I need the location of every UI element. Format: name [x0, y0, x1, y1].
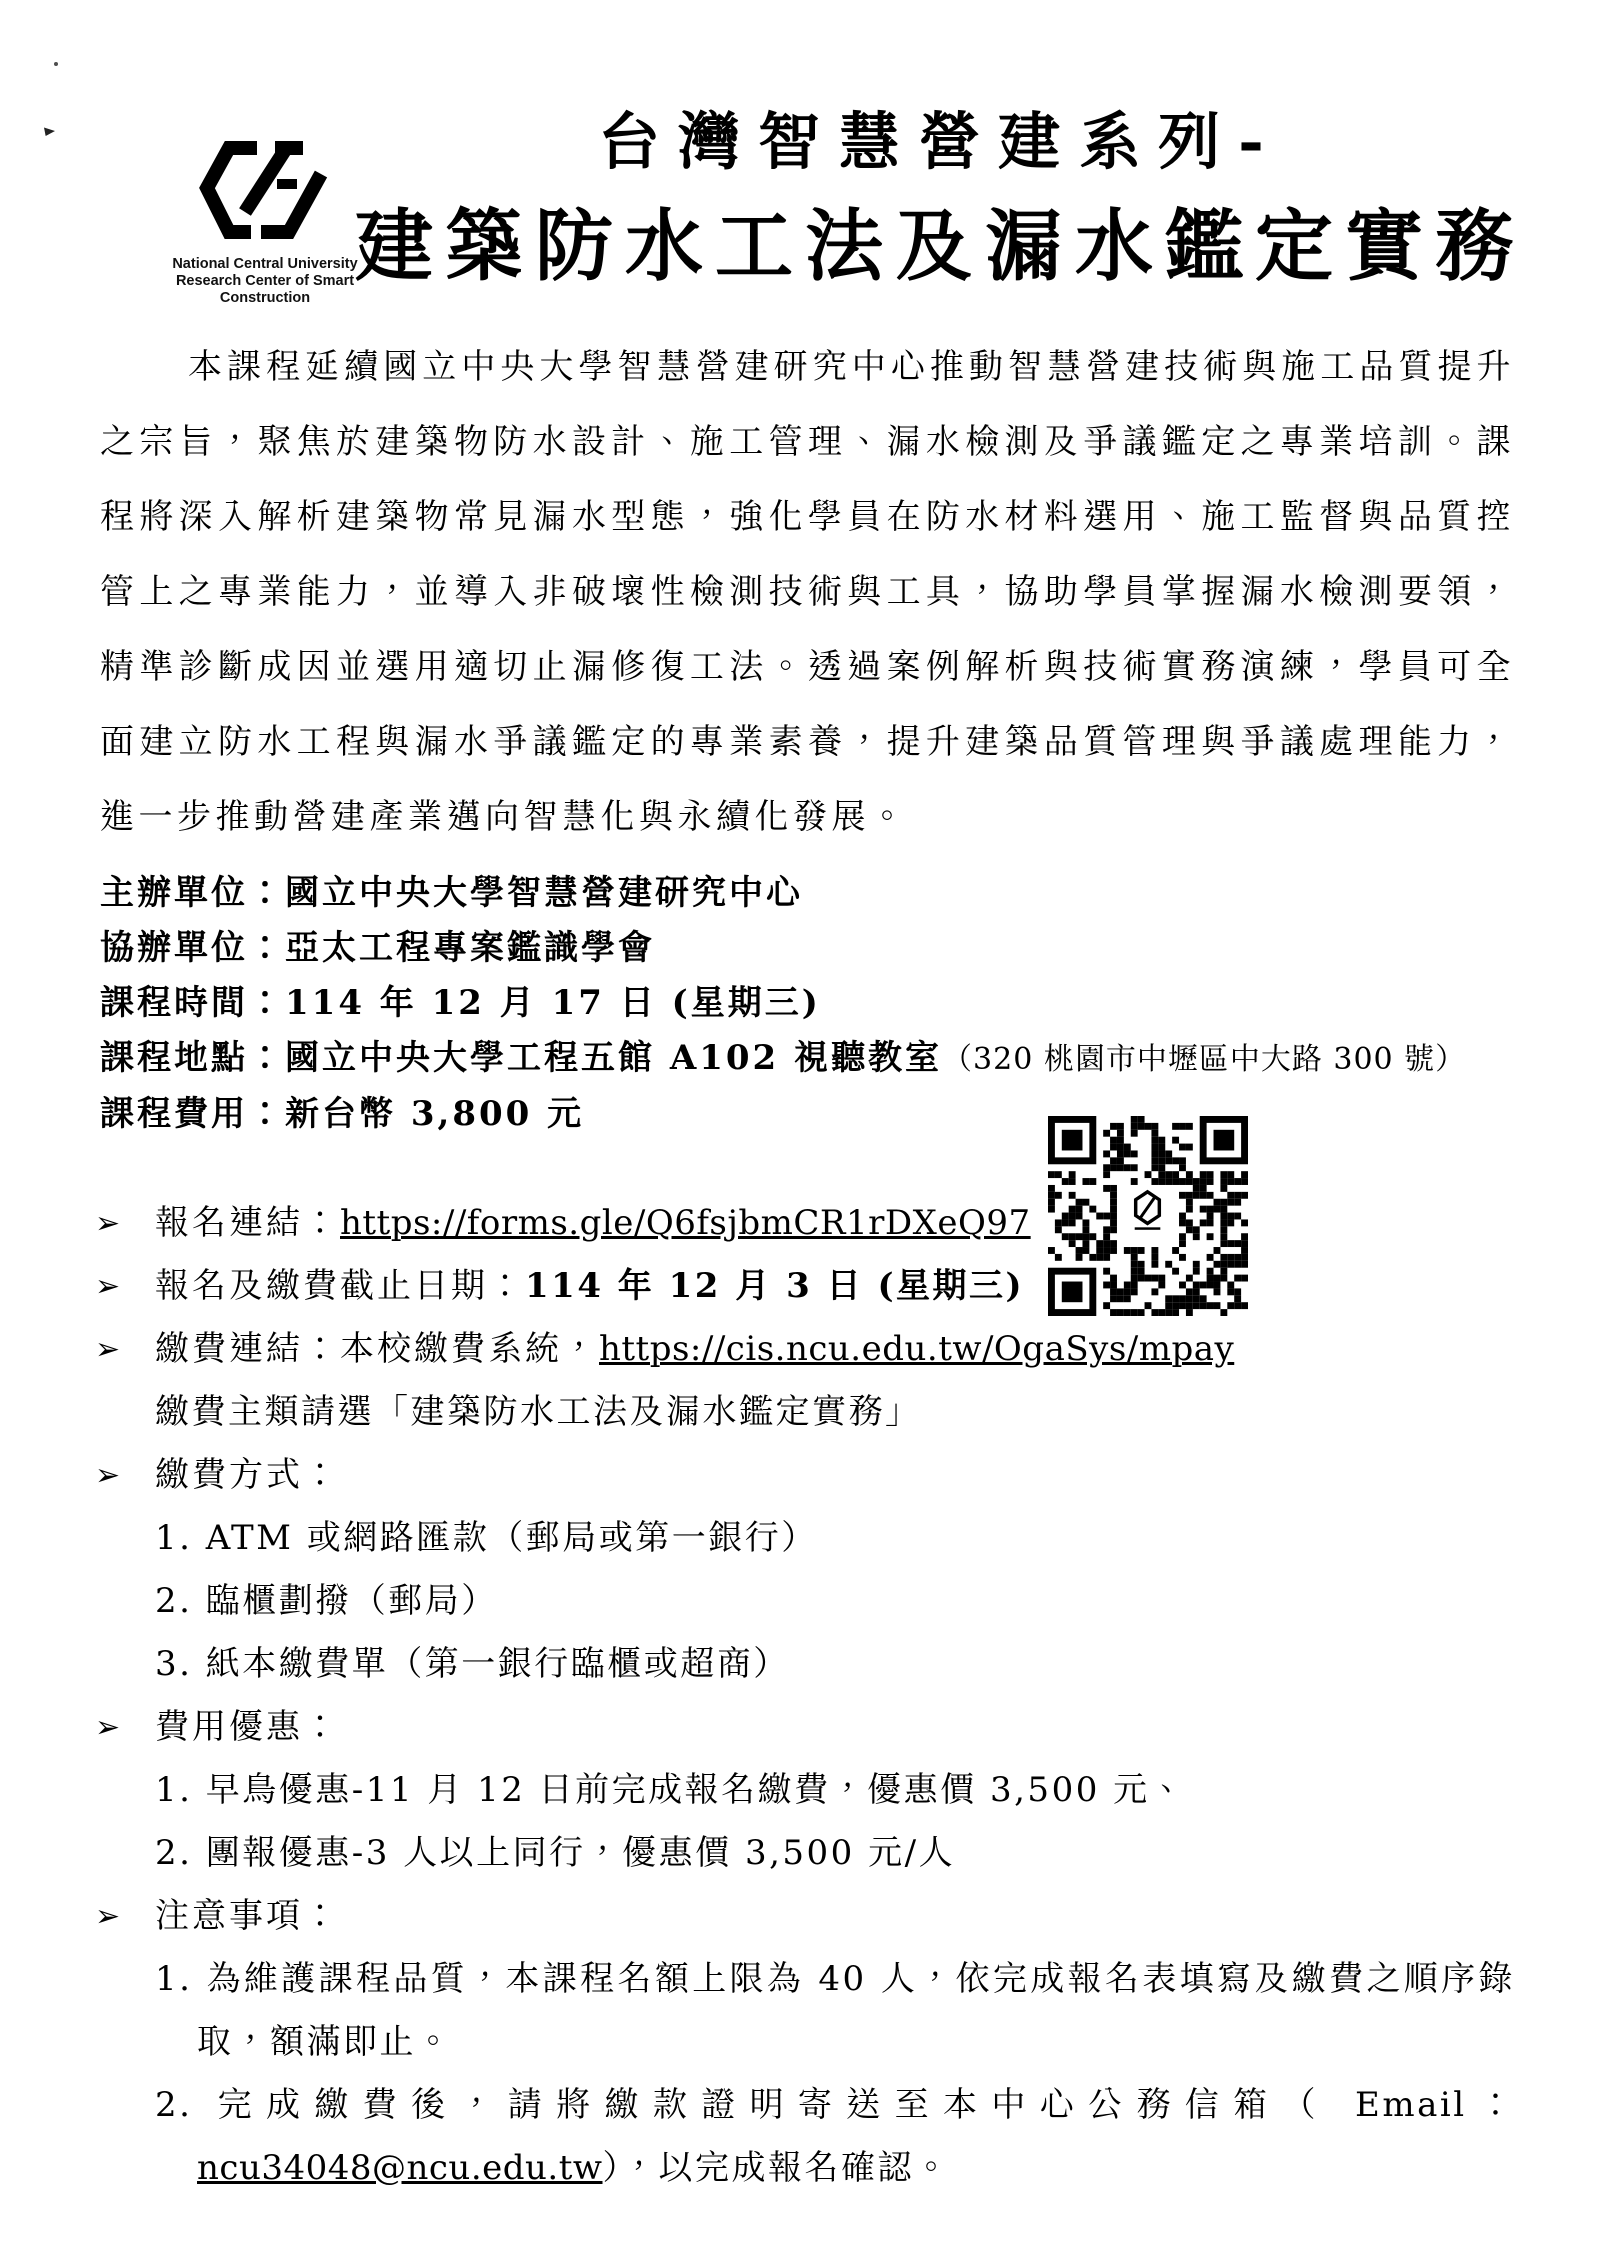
arrow-bullet-icon: ➢ [95, 1696, 155, 1759]
course-title: 建築防水工法及漏水鑑定實務 [330, 196, 1550, 298]
payment-link-row: ➢ 繳費連結：本校繳費系統，https://cis.ncu.edu.tw/Oga… [95, 1318, 1515, 1381]
scan-artifact-blob [44, 126, 55, 136]
organizer-value: 國立中央大學智慧營建研究中心 [285, 873, 803, 913]
payment-method-item: 1. ATM 或網路匯款（郵局或第一銀行） [95, 1507, 1515, 1570]
payment-method-item: 3. 紙本繳費單（第一銀行臨櫃或超商） [95, 1633, 1515, 1696]
arrow-bullet-icon: ➢ [95, 1318, 155, 1381]
deadline-value: 114 年 12 月 3 日 (星期三) [525, 1266, 1024, 1306]
discount-item: 1. 早鳥優惠-11 月 12 日前完成報名繳費，優惠價 3,500 元、 [95, 1759, 1515, 1822]
payment-method-1: 1. ATM 或網路匯款（郵局或第一銀行） [155, 1507, 1515, 1570]
course-time-label: 課程時間： [100, 983, 285, 1023]
course-fee-row: 課程費用：新台幣 3,800 元 [100, 1087, 1515, 1142]
discount-label: 費用優惠： [155, 1696, 1515, 1759]
course-fee-label: 課程費用： [100, 1094, 285, 1134]
deadline-row: ➢ 報名及繳費截止日期：114 年 12 月 3 日 (星期三) [95, 1255, 1515, 1318]
intro-paragraph: 本課程延續國立中央大學智慧營建研究中心推動智慧營建技術與施工品質提升之宗旨，聚焦… [100, 330, 1515, 855]
course-time-value: 114 年 12 月 17 日 (星期三) [285, 983, 821, 1023]
payment-methods-row: ➢ 繳費方式： [95, 1444, 1515, 1507]
payment-category-row: 繳費主類請選「建築防水工法及漏水鑑定實務」 [95, 1381, 1515, 1444]
note-item-2: 2. 完成繳費後，請將繳款證明寄送至本中心公務信箱（ Email： ncu340… [95, 2074, 1515, 2200]
notes-row: ➢ 注意事項： [95, 1885, 1515, 1948]
notes-label: 注意事項： [155, 1885, 1515, 1948]
course-location-value: 國立中央大學工程五館 A102 視聽教室 [285, 1038, 942, 1078]
title-block: 台灣智慧營建系列- 建築防水工法及漏水鑑定實務 [330, 88, 1550, 298]
flyer-page: National Central University Research Cen… [0, 0, 1600, 2262]
arrow-bullet-icon: ➢ [95, 1444, 155, 1507]
arrow-bullet-icon: ➢ [95, 1885, 155, 1948]
payment-link[interactable]: https://cis.ncu.edu.tw/OgaSys/mpay [599, 1329, 1234, 1369]
payment-methods-label: 繳費方式： [155, 1444, 1515, 1507]
note-item-1: 1. 為維護課程品質，本課程名額上限為 40 人，依完成報名表填寫及繳費之順序錄… [95, 1948, 1515, 2074]
payment-category-note: 繳費主類請選「建築防水工法及漏水鑑定實務」 [155, 1381, 1515, 1444]
arrow-bullet-icon: ➢ [95, 1192, 155, 1255]
co-organizer-row: 協辦單位：亞太工程專案鑑識學會 [100, 921, 1515, 976]
discount-group: 2. 團報優惠-3 人以上同行，優惠價 3,500 元/人 [155, 1822, 1515, 1885]
payment-method-item: 2. 臨櫃劃撥（郵局） [95, 1570, 1515, 1633]
organizer-label: 主辦單位： [100, 873, 285, 913]
organizer-row: 主辦單位：國立中央大學智慧營建研究中心 [100, 866, 1515, 921]
discount-item: 2. 團報優惠-3 人以上同行，優惠價 3,500 元/人 [95, 1822, 1515, 1885]
ncu-smart-construction-logo-icon [199, 140, 331, 252]
registration-link[interactable]: https://forms.gle/Q6fsjbmCR1rDXeQ97 [340, 1203, 1031, 1243]
course-fee-value: 新台幣 3,800 元 [285, 1094, 584, 1134]
course-location-note: （320 桃園市中壢區中大路 300 號） [942, 1042, 1466, 1077]
deadline-label: 報名及繳費截止日期： [155, 1266, 525, 1306]
co-organizer-label: 協辦單位： [100, 928, 285, 968]
note-payment-proof-prefix: 2. 完成繳費後，請將繳款證明寄送至本中心公務信箱（ Email： [155, 2074, 1515, 2137]
discount-row: ➢ 費用優惠： [95, 1696, 1515, 1759]
payment-method-2: 2. 臨櫃劃撥（郵局） [155, 1570, 1515, 1633]
co-organizer-value: 亞太工程專案鑑識學會 [285, 928, 655, 968]
note-payment-proof-suffix: ），以完成報名確認。 [603, 2148, 951, 2188]
registration-link-row: ➢ 報名連結：https://forms.gle/Q6fsjbmCR1rDXeQ… [95, 1192, 1515, 1255]
arrow-bullet-icon: ➢ [95, 1255, 155, 1318]
course-time-row: 課程時間：114 年 12 月 17 日 (星期三) [100, 976, 1515, 1031]
bullet-list: ➢ 報名連結：https://forms.gle/Q6fsjbmCR1rDXeQ… [95, 1192, 1515, 2200]
course-info: 主辦單位：國立中央大學智慧營建研究中心 協辦單位：亞太工程專案鑑識學會 課程時間… [100, 866, 1515, 1142]
contact-email-link[interactable]: ncu34048@ncu.edu.tw [197, 2148, 603, 2188]
payment-link-label: 繳費連結：本校繳費系統， [155, 1329, 599, 1369]
course-location-row: 課程地點：國立中央大學工程五館 A102 視聽教室（320 桃園市中壢區中大路 … [100, 1031, 1515, 1087]
course-location-label: 課程地點： [100, 1038, 285, 1078]
note-quota: 1. 為維護課程品質，本課程名額上限為 40 人，依完成報名表填寫及繳費之順序錄… [155, 1948, 1515, 2074]
scan-artifact-dot [54, 62, 58, 66]
series-title: 台灣智慧營建系列- [330, 88, 1550, 196]
registration-link-label: 報名連結： [155, 1203, 340, 1243]
discount-early-bird: 1. 早鳥優惠-11 月 12 日前完成報名繳費，優惠價 3,500 元、 [155, 1759, 1515, 1822]
payment-method-3: 3. 紙本繳費單（第一銀行臨櫃或超商） [155, 1633, 1515, 1696]
